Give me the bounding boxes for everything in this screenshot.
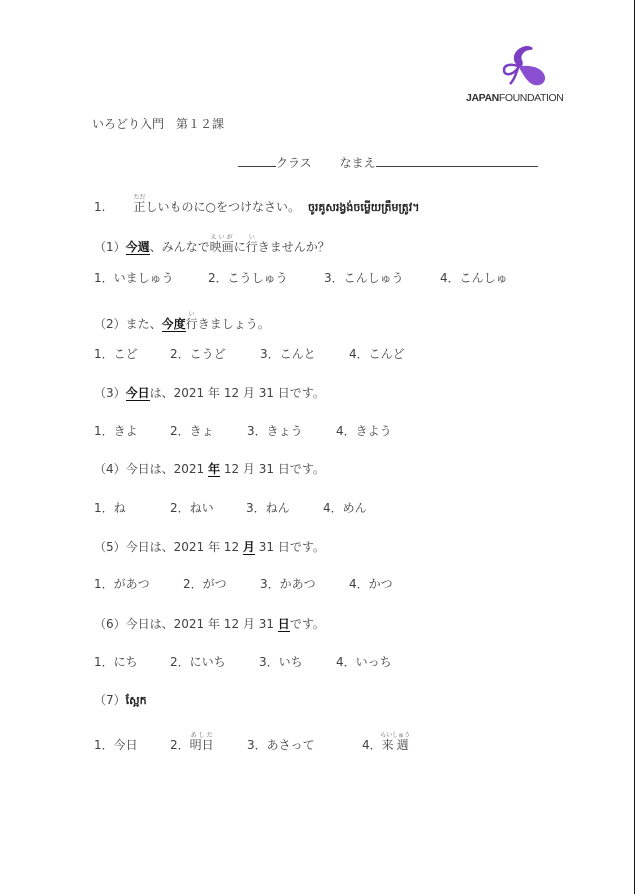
question-text: きませんか？: [258, 240, 330, 254]
option[interactable]: 1．こど: [94, 346, 170, 362]
question-7: （7）ស្អែក: [94, 692, 147, 709]
question-6: （6）今日は、2021 年 12 月 31 日です。: [94, 616, 325, 632]
question-text: 今日は、2021 年 12 月 31: [126, 617, 278, 631]
target-word: 日: [278, 617, 290, 632]
instruction-khmer: ចូរគូសរង្វង់ចម្លើយត្រឹមត្រូវ។: [308, 201, 420, 214]
name-label: なまえ: [340, 156, 376, 170]
option[interactable]: 2．きょ: [170, 423, 247, 439]
class-blank[interactable]: [238, 154, 276, 167]
question-label: （5）: [94, 540, 126, 554]
target-word: 今日: [126, 386, 150, 401]
question-text: 今日は、2021: [126, 462, 208, 476]
question-1: （1）今週、みんなで映画えいがに行いきませんか？: [94, 234, 330, 255]
option[interactable]: 3．あさって: [247, 737, 362, 753]
question-2: （2）また、今度行いきましょう。: [94, 311, 270, 332]
option[interactable]: 2．ねい: [170, 500, 246, 516]
question-text: また、: [126, 317, 162, 331]
logo-wordmark: JAPANFOUNDATION: [466, 92, 563, 104]
ruby-iku: 行い: [246, 240, 258, 254]
question-text: 、みんなで: [150, 240, 210, 254]
option[interactable]: 2．こうしゅう: [208, 270, 324, 286]
japan-foundation-logo: JAPANFOUNDATION: [466, 42, 550, 106]
option[interactable]: 2．にいち: [170, 654, 259, 670]
question-label: （7）: [94, 693, 126, 707]
question-khmer: ស្អែក: [126, 694, 147, 707]
option[interactable]: 3．ねん: [246, 500, 323, 516]
worksheet-title: いろどり入門 第１２課: [92, 116, 224, 132]
option[interactable]: 2．がつ: [183, 576, 260, 592]
option[interactable]: 3．かあつ: [260, 576, 349, 592]
option[interactable]: 4．めん: [323, 500, 367, 516]
question-text: 31 日です。: [255, 540, 325, 554]
instruction-number: 1.: [94, 200, 105, 214]
option[interactable]: 1．ね: [94, 500, 170, 516]
ruby-tadashii: 正ただ: [133, 200, 145, 214]
option[interactable]: 1．今日: [94, 737, 170, 753]
option[interactable]: 4．きよう: [336, 423, 392, 439]
target-word: 月: [243, 540, 255, 555]
options-6: 1．にち2．にいち3．いち4．いっち: [94, 654, 392, 670]
question-label: （4）: [94, 462, 126, 476]
class-name-fields: クラスなまえ: [238, 154, 538, 171]
target-word: 今週: [126, 240, 150, 255]
option[interactable]: 3．こんしゅう: [324, 270, 440, 286]
options-4: 1．ね2．ねい3．ねん4．めん: [94, 500, 367, 516]
option[interactable]: 1．があつ: [94, 576, 183, 592]
option[interactable]: 2．明日あした: [170, 732, 247, 753]
option[interactable]: 1．いましゅう: [94, 270, 208, 286]
question-4: （4）今日は、2021 年 12 月 31 日です。: [94, 461, 325, 477]
ruby-eiga: 映画えいが: [210, 240, 234, 254]
instruction-text: しいものに○をつけなさい。: [145, 200, 299, 214]
target-word: 年: [208, 462, 220, 477]
ruby-iku: 行い: [186, 317, 198, 331]
option[interactable]: 4．いっち: [336, 654, 392, 670]
option[interactable]: 4．こんど: [349, 346, 405, 362]
options-7: 1．今日2．明日あした3．あさって4．来週らいしゅう: [94, 732, 410, 753]
option[interactable]: 3．こんと: [260, 346, 349, 362]
options-2: 1．こど2．こうど3．こんと4．こんど: [94, 346, 405, 362]
option[interactable]: 4．来週らいしゅう: [362, 732, 410, 753]
page-right-border: [634, 0, 635, 894]
question-text: に: [234, 240, 246, 254]
question-label: （1）: [94, 240, 126, 254]
question-label: （6）: [94, 617, 126, 631]
question-label: （3）: [94, 386, 126, 400]
option[interactable]: 1．きよ: [94, 423, 170, 439]
question-text: 12 月 31 日です。: [220, 462, 325, 476]
butterfly-icon: [500, 42, 548, 90]
option[interactable]: 3．きょう: [247, 423, 336, 439]
option[interactable]: 4．かつ: [349, 576, 393, 592]
instruction: 1.正ただしいものに○をつけなさい。ចូរគូសរង្វង់ចម្លើយត្រឹ…: [94, 194, 420, 216]
question-5: （5）今日は、2021 年 12 月 31 日です。: [94, 539, 325, 555]
question-text: きましょう。: [198, 317, 270, 331]
options-5: 1．があつ2．がつ3．かあつ4．かつ: [94, 576, 393, 592]
question-text: です。: [290, 617, 325, 631]
option[interactable]: 3．いち: [259, 654, 336, 670]
question-label: （2）: [94, 317, 126, 331]
options-3: 1．きよ2．きょ3．きょう4．きよう: [94, 423, 392, 439]
question-text: は、2021 年 12 月 31 日です。: [150, 386, 325, 400]
option[interactable]: 4．こんしゅ: [440, 270, 508, 286]
question-text: 今日は、2021 年 12: [126, 540, 243, 554]
target-word: 今度: [162, 317, 186, 332]
option[interactable]: 1．にち: [94, 654, 170, 670]
name-blank[interactable]: [376, 154, 538, 167]
question-3: （3）今日は、2021 年 12 月 31 日です。: [94, 385, 325, 401]
class-label: クラス: [276, 156, 312, 170]
options-1: 1．いましゅう2．こうしゅう3．こんしゅう4．こんしゅ: [94, 270, 508, 286]
option[interactable]: 2．こうど: [170, 346, 260, 362]
